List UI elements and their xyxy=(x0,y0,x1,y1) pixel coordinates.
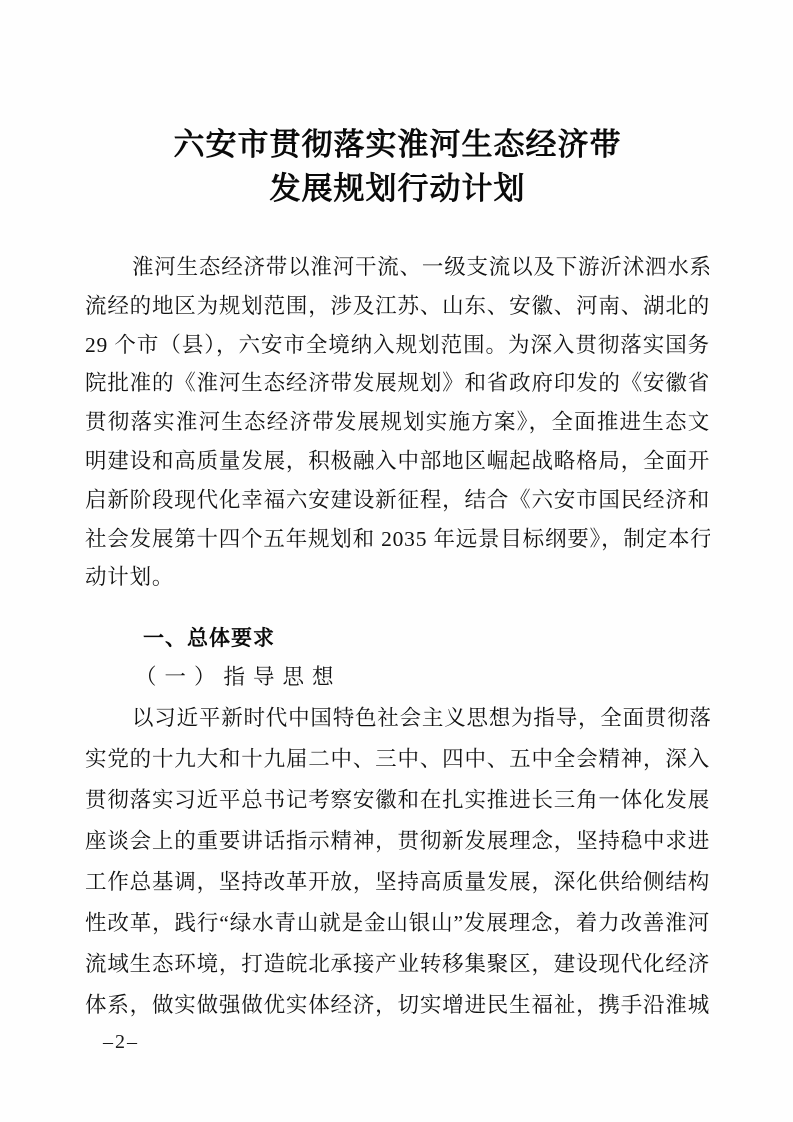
section-heading: 一、总体要求 xyxy=(85,619,710,658)
paragraph-line: 实党的十九大和十九届二中、三中、四中、五中全会精神，深入 xyxy=(85,739,710,780)
document-page: 六安市贯彻落实淮河生态经济带发展规划行动计划 淮河生态经济带以淮河干流、一级支流… xyxy=(0,0,793,1122)
paragraph-line: 明建设和高质量发展，积极融入中部地区崛起战略格局，全面开 xyxy=(85,442,710,481)
paragraph-line: 动计划。 xyxy=(85,558,710,597)
body-paragraph: 淮河生态经济带以淮河干流、一级支流以及下游沂沭泗水系流经的地区为规划范围，涉及江… xyxy=(85,248,710,597)
paragraph-line: 以习近平新时代中国特色社会主义思想为指导，全面贯彻落 xyxy=(85,698,710,739)
title-line: 六安市贯彻落实淮河生态经济带 xyxy=(85,123,710,167)
paragraph-line: 贯彻落实习近平总书记考察安徽和在扎实推进长三角一体化发展 xyxy=(85,780,710,821)
document-title: 六安市贯彻落实淮河生态经济带发展规划行动计划 xyxy=(85,123,710,211)
paragraph-line: 院批准的《淮河生态经济带发展规划》和省政府印发的《安徽省 xyxy=(85,364,710,403)
paragraph-line: 性改革，践行“绿水青山就是金山银山”发展理念，着力改善淮河 xyxy=(85,903,710,944)
paragraph-line: 体系，做实做强做优实体经济，切实增进民生福祉，携手沿淮城 xyxy=(85,985,710,1026)
paragraph-line: 贯彻落实淮河生态经济带发展规划实施方案》，全面推进生态文 xyxy=(85,403,710,442)
paragraph-line: 流域生态环境，打造皖北承接产业转移集聚区，建设现代化经济 xyxy=(85,944,710,985)
paragraph-line: 工作总基调，坚持改革开放，坚持高质量发展，深化供给侧结构 xyxy=(85,862,710,903)
body-paragraph: 以习近平新时代中国特色社会主义思想为指导，全面贯彻落实党的十九大和十九届二中、三… xyxy=(85,698,710,1026)
paragraph-line: 座谈会上的重要讲话指示精神，贯彻新发展理念，坚持稳中求进 xyxy=(85,821,710,862)
paragraph-line: 29 个市（县），六安市全境纳入规划范围。为深入贯彻落实国务 xyxy=(85,326,710,365)
subsection-heading: （一）指导思想 xyxy=(85,658,710,698)
paragraph-line: 启新阶段现代化幸福六安建设新征程，结合《六安市国民经济和 xyxy=(85,481,710,520)
document-body: 淮河生态经济带以淮河干流、一级支流以及下游沂沭泗水系流经的地区为规划范围，涉及江… xyxy=(85,248,710,1026)
title-line: 发展规划行动计划 xyxy=(85,167,710,211)
page-number: –2– xyxy=(85,1031,710,1053)
paragraph-line: 流经的地区为规划范围，涉及江苏、山东、安徽、河南、湖北的 xyxy=(85,287,710,326)
paragraph-line: 社会发展第十四个五年规划和 2035 年远景目标纲要》，制定本行 xyxy=(85,520,710,559)
paragraph-line: 淮河生态经济带以淮河干流、一级支流以及下游沂沭泗水系 xyxy=(85,248,710,287)
